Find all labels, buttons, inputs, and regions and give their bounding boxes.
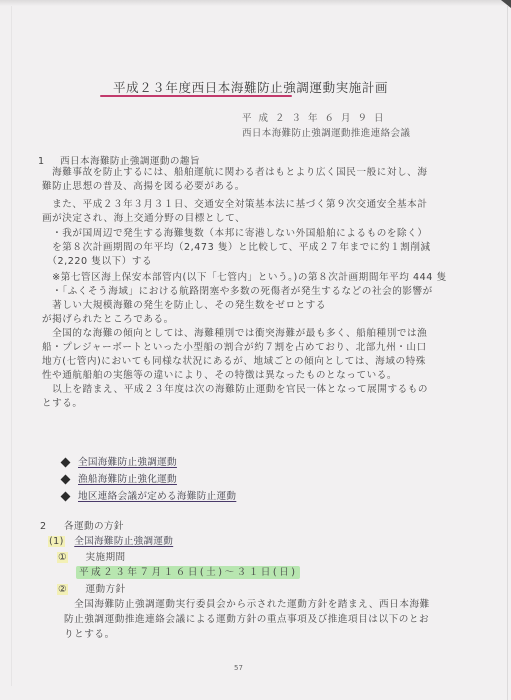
section1-body: 海難事故を防止するには、船舶運航に関わる者はもとより広く国民一般に対し、海 難防… (42, 166, 447, 411)
campaign-label: 地区連絡会議が定める海難防止運動 (78, 488, 236, 505)
page-number: 57 (234, 664, 243, 672)
item1-marker: ① (57, 552, 68, 563)
page-right-edge (507, 6, 508, 700)
paragraph-line: りとする。 (64, 627, 430, 642)
paragraph-line: 地方(七管内)においても同様な状況にあるが、地域ごとの傾向としては、海域の特殊 (42, 355, 447, 369)
paragraph-line: を第８次計画期間の年平均（2,473 隻）と比較して、平成２７年までに約１割削減 (42, 241, 447, 255)
paragraph-line: 全国海難防止強調運動実行委員会から示された運動方針を踏まえ、西日本海難 (64, 597, 430, 612)
paragraph-line: ※第七管区海上保安本部管内(以下「七管内」という。)の第８次計画期間年平均 44… (42, 271, 447, 285)
paragraph-line: とする。 (42, 397, 447, 411)
item2-marker: ② (57, 584, 68, 595)
item2-body: 全国海難防止強調運動実行委員会から示された運動方針を踏まえ、西日本海難 防止強調… (64, 597, 430, 642)
paragraph-line: が掲げられたところである。 (42, 313, 447, 327)
campaign-item: 地区連絡会議が定める海難防止運動 (60, 488, 236, 505)
campaign-period-value: 平成２３年７月１６日(土)～３１日(日) (76, 566, 300, 579)
item1-label: 実施期間 (85, 552, 125, 563)
section1-heading: 1 西日本海難防止強調運動の趣旨 (38, 153, 200, 167)
subsection1-title: 全国海難防止強調運動 (74, 536, 173, 547)
document-date: 平成２３年６月９日 (242, 110, 391, 124)
paragraph-line: （2,220 隻以下）する (42, 255, 447, 269)
item1-heading: ① 実施期間 (57, 549, 125, 563)
campaign-item: 全国海難防止強調運動 (60, 454, 236, 471)
campaign-item: 漁船海難防止強化運動 (60, 471, 236, 488)
title-underline (100, 95, 292, 97)
paragraph-line: 全国的な海難の傾向としては、海難種別では衝突海難が最も多く、船舶種別では漁 (42, 327, 447, 341)
page-left-edge (11, 6, 12, 686)
item2-label: 運動方針 (85, 584, 125, 595)
paragraph-line: 難防止思想の普及、高揚を図る必要がある。 (42, 180, 447, 194)
paragraph-line: ・「ふくそう海域」における航路閉塞や多数の死傷者が発生するなどの社会的影響が (42, 285, 447, 299)
campaign-period: 平成２３年７月１６日(土)～３１日(日) (76, 564, 300, 578)
paragraph-line: 船・プレジャーボートといった小型船の割合が約７割を占めており、北部九州・山口 (42, 341, 447, 355)
section2-number: 2 (40, 521, 47, 532)
paragraph-line: 性や通航船舶の実態等の違いにより、その特徴は異なったものとなっている。 (42, 369, 447, 383)
section2-title: 各運動の方針 (64, 521, 124, 532)
scanned-document-page: 平成２３年度西日本海難防止強調運動実施計画 平成２３年６月９日 西日本海難防止強… (0, 0, 511, 700)
item2-heading: ② 運動方針 (57, 581, 125, 595)
paragraph-line: 画が決定され、海上交通分野の目標として、 (42, 212, 447, 226)
paragraph-line: 海難事故を防止するには、船舶運航に関わる者はもとより広く国民一般に対し、海 (42, 166, 447, 180)
subsection1-heading: (1) 全国海難防止強調運動 (48, 533, 173, 547)
campaign-label: 全国海難防止強調運動 (78, 454, 177, 471)
document-title: 平成２３年度西日本海難防止強調運動実施計画 (113, 78, 388, 96)
diamond-bullet-icon (61, 475, 71, 485)
paragraph-line: 防止強調運動推進連絡会議による運動方針の重点事項及び推進項目は以下のとお (64, 612, 430, 627)
paragraph-line: 以上を踏まえ、平成２３年度は次の海難防止運動を官民一体となって展開するもの (42, 383, 447, 397)
paragraph-line: ・我が国周辺で発生する海難隻数（本邦に寄港しない外国船舶によるものを除く） (42, 227, 447, 241)
diamond-bullet-icon (61, 458, 71, 468)
diamond-bullet-icon (61, 492, 71, 502)
paragraph-line: 著しい大規模海難の発生を防止し、その発生数をゼロとする (42, 299, 447, 313)
section2-heading: 2 各運動の方針 (40, 518, 124, 532)
scan-top-shadow (0, 0, 511, 6)
paragraph-line: また、平成２３年３月３１日、交通安全対策基本法に基づく第９次交通安全基本計 (42, 198, 447, 212)
campaign-list: 全国海難防止強調運動 漁船海難防止強化運動 地区連絡会議が定める海難防止運動 (60, 454, 236, 505)
subsection1-marker: (1) (48, 536, 65, 547)
campaign-label: 漁船海難防止強化運動 (78, 471, 177, 488)
issuing-organization: 西日本海難防止強調運動推進連絡会議 (242, 125, 410, 139)
